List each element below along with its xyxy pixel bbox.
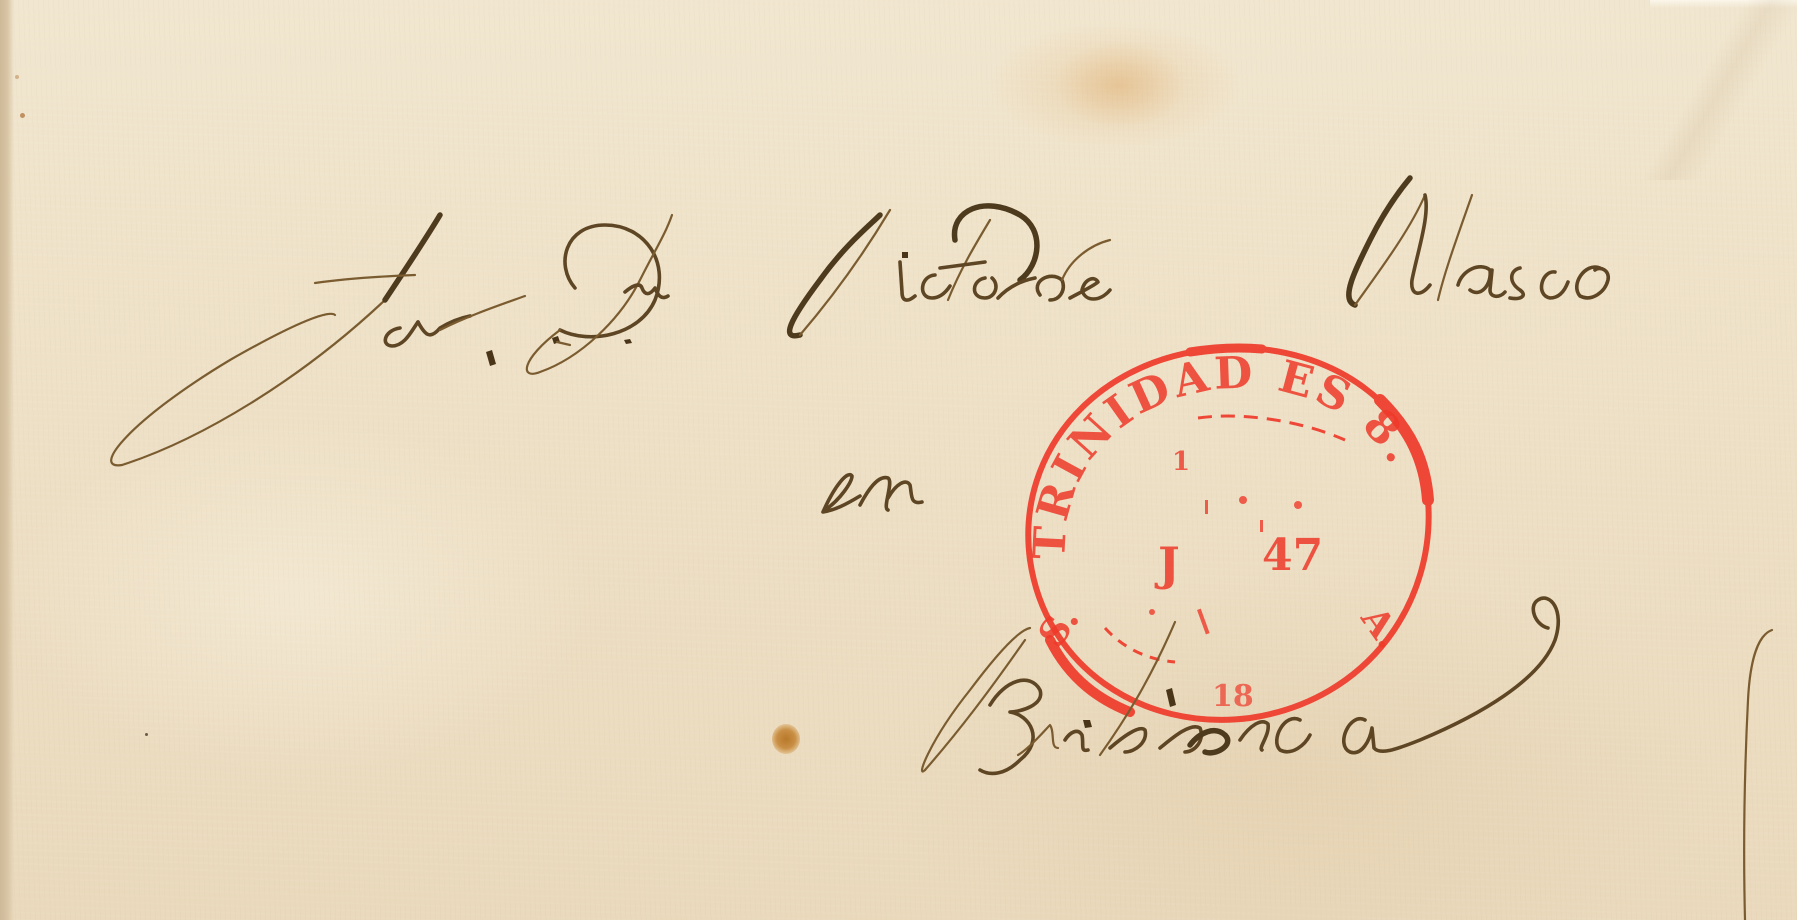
script-briviesca: [922, 598, 1558, 773]
right-edge-ink-curve: [1744, 630, 1772, 920]
script-victor: [790, 206, 1037, 336]
handwritten-address: [0, 0, 1797, 920]
script-de: [1037, 240, 1110, 300]
postal-cover: TRINIDAD ES 8. S. A. 18 1 J 47: [0, 0, 1797, 920]
script-sor: [111, 215, 525, 465]
script-en: [823, 475, 922, 512]
script-dn: [527, 215, 672, 374]
script-velasco: [1349, 178, 1608, 305]
